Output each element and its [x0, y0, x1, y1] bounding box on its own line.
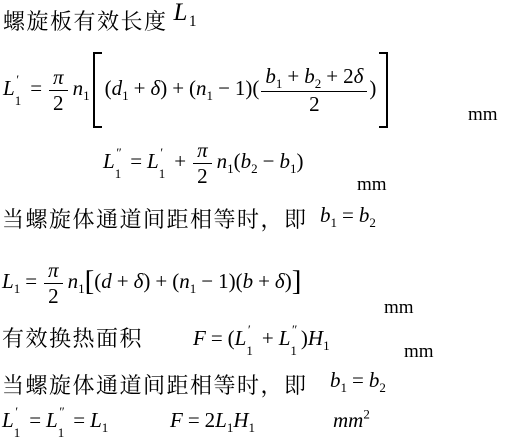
formula-L-equalities: L′1=L″1=L1 — [2, 400, 108, 437]
unit-mm-4: mm — [404, 341, 434, 363]
formula-L1: L1=π2n1[(d+δ)+(n1−1)(b+δ)] — [2, 249, 301, 313]
condition-b1-equals-b2-2: b1=b2 — [330, 360, 386, 400]
formula-L1-prime: L′1=π2n1(d1+δ)+(n1−1)(b1+b2+2δ2) — [3, 48, 391, 128]
formula-L1-double-prime: L″1=L′1+π2n1(b2−b1) — [103, 128, 303, 194]
title-symbol-L1: L1 — [174, 0, 199, 26]
unit-mm-2: mm — [357, 174, 387, 196]
condition-b1-equals-b2-1: b1=b2 — [320, 195, 376, 235]
unit-mm-1: mm — [468, 104, 498, 126]
document-page: 螺旋板有效长度L1 L′1=π2n1(d1+δ)+(n1−1)(b1+b2+2δ… — [0, 0, 505, 437]
unit-mm-squared: mm2 — [333, 400, 370, 437]
formula-F: F=(L′1+L″1)H1 — [193, 318, 330, 358]
formula-F2: F=2L1H1 — [170, 400, 255, 437]
effective-area-text: 有效换热面积 — [2, 323, 143, 355]
condition-text-2: 当螺旋体通道间距相等时，即 — [2, 370, 308, 402]
unit-mm-3: mm — [384, 297, 414, 319]
title-text: 螺旋板有效长度 — [3, 9, 168, 34]
page-title: 螺旋板有效长度L1 — [3, 6, 198, 38]
condition-text-1: 当螺旋体通道间距相等时，即 — [2, 204, 308, 236]
